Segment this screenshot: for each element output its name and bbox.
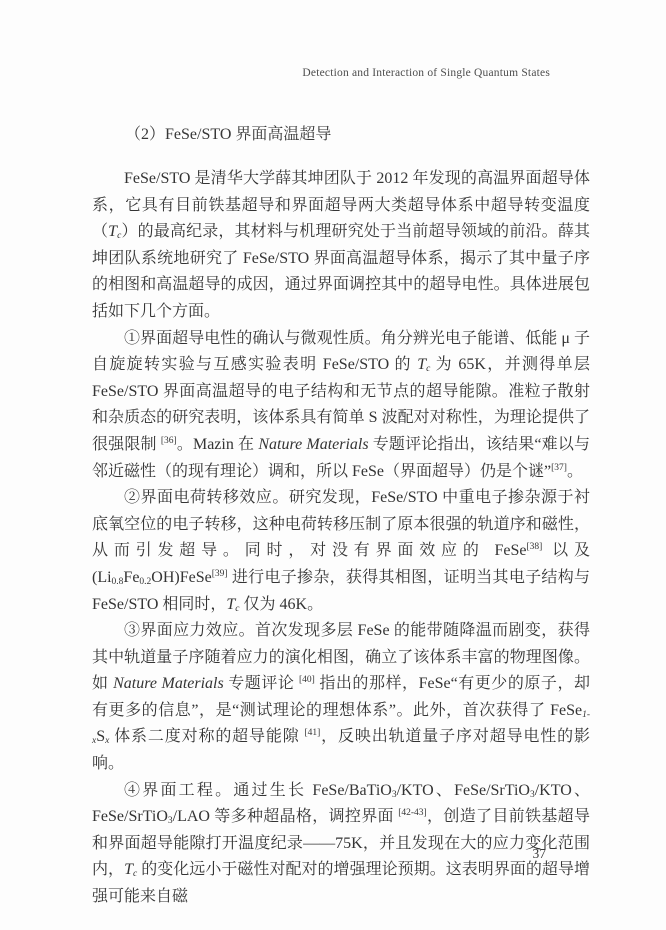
paragraph: ③界面应力效应。首次发现多层 FeSe 的能带随降温而剧变，获得其中轨道量子序随… xyxy=(92,618,590,778)
paragraph: ①界面超导电性的确认与微观性质。角分辨光电子能谱、低能 μ 子自旋旋转实验与互感… xyxy=(92,326,590,486)
paragraph: ②界面电荷转移效应。研究发现，FeSe/STO 中重电子掺杂源于衬底氧空位的电子… xyxy=(92,485,590,618)
text-run: S xyxy=(96,728,105,745)
text-run: ②界面电荷转移效应。研究发现，FeSe/STO 中重电子掺杂源于衬底氧空位的电子… xyxy=(92,489,590,559)
text-run: 。 xyxy=(567,463,583,480)
text-run: [39] xyxy=(212,569,228,579)
text-run: 体系二度对称的超导能隙 xyxy=(109,728,304,745)
text-run: T xyxy=(124,861,133,878)
text-run: [42-43] xyxy=(398,808,427,818)
document-body: FeSe/STO 是清华大学薛其坤团队于 2012 年发现的高温界面超导体系，它… xyxy=(92,166,590,911)
text-run: 0.2 xyxy=(139,577,151,587)
text-run: ④界面工程。通过生长 FeSe/BaTiO xyxy=(124,782,392,799)
text-run: 0.8 xyxy=(112,577,124,587)
text-run: ）的最高纪录，其材料与机理研究处于当前超导领域的前沿。薛其坤团队系统地研究了 F… xyxy=(92,223,590,320)
text-run: 仅为 46K。 xyxy=(240,596,324,613)
document-page: Detection and Interaction of Single Quan… xyxy=(0,0,666,930)
text-run: 。Mazin 在 xyxy=(177,436,259,453)
text-run: T xyxy=(226,596,235,613)
paragraph: ④界面工程。通过生长 FeSe/BaTiO3/KTO、FeSe/SrTiO3/K… xyxy=(92,778,590,911)
text-run: [40] xyxy=(299,675,315,685)
text-run: [36] xyxy=(161,436,177,446)
page-number: 37 xyxy=(0,846,546,862)
text-run: [41] xyxy=(304,728,320,738)
text-run: Nature Materials xyxy=(113,675,224,692)
text-run: Fe xyxy=(123,569,139,586)
section-title: （2）FeSe/STO 界面高温超导 xyxy=(125,121,331,144)
running-header: Detection and Interaction of Single Quan… xyxy=(302,67,550,79)
text-run: 专题评论 xyxy=(224,675,299,692)
paragraph: FeSe/STO 是清华大学薛其坤团队于 2012 年发现的高温界面超导体系，它… xyxy=(92,166,590,326)
text-run: Nature Materials xyxy=(258,436,368,453)
text-run: [37] xyxy=(551,463,567,473)
text-run: [38] xyxy=(527,542,543,552)
text-run: 的变化远小于磁性对配对的增强理论预期。这表明界面的超导增强可能来自磁 xyxy=(92,861,590,905)
text-run: /LAO 等多种超晶格，调控界面 xyxy=(173,808,399,825)
text-run: T xyxy=(108,223,117,240)
text-run: /KTO、FeSe/SrTiO xyxy=(397,782,530,799)
text-run: OH)FeSe xyxy=(151,569,211,586)
text-run: T xyxy=(417,356,426,373)
